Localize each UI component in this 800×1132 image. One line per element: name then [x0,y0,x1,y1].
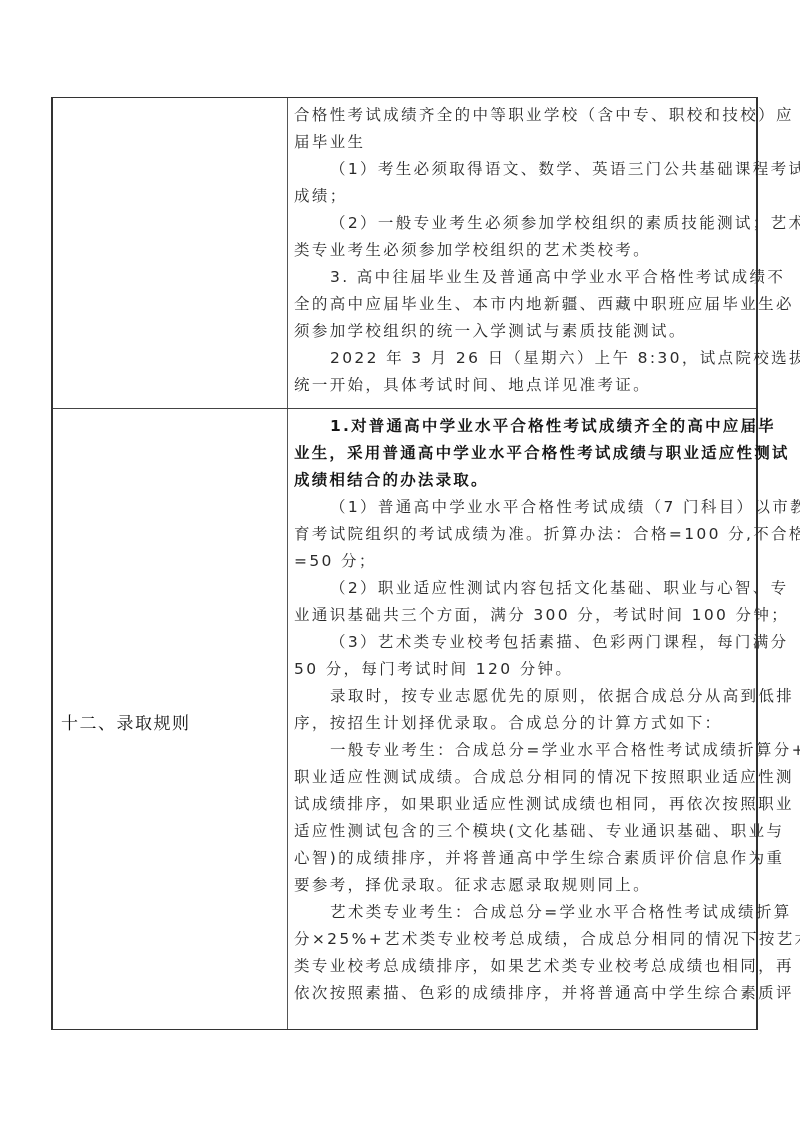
row-label-cell: 十二、录取规则 [53,409,288,1029]
paragraph-line: 全的高中应届毕业生、本市内地新疆、西藏中职班应届毕业生必 [294,291,750,318]
paragraph-line: 依次按照素描、色彩的成绩排序，并将普通高中学生综合素质评 [294,980,750,1007]
row-content-cell: 合格性考试成绩齐全的中等职业学校（含中专、职校和技校）应届毕业生（1）考生必须取… [288,98,756,408]
paragraph-line: 1.对普通高中学业水平合格性考试成绩齐全的高中应届毕 [294,413,750,440]
table-row-admission-rules: 十二、录取规则 1.对普通高中学业水平合格性考试成绩齐全的高中应届毕业生，采用普… [53,409,756,1029]
paragraph-line: 一般专业考生：合成总分=学业水平合格性考试成绩折算分+ [294,737,750,764]
row-label-cell [53,98,288,408]
paragraph-line: （3）艺术类专业校考包括素描、色彩两门课程，每门满分 [294,629,750,656]
paragraph-line: 分×25%+艺术类专业校考总成绩，合成总分相同的情况下按艺术 [294,926,750,953]
row-content-cell: 1.对普通高中学业水平合格性考试成绩齐全的高中应届毕业生，采用普通高中学业水平合… [288,409,756,1029]
paragraph-line: 成绩相结合的办法录取。 [294,467,750,494]
paragraph-line: 3. 高中往届毕业生及普通高中学业水平合格性考试成绩不 [294,264,750,291]
paragraph-line: 2022 年 3 月 26 日（星期六）上午 8:30，试点院校选拔测试 [294,345,750,372]
paragraph-line: 类专业考生必须参加学校组织的艺术类校考。 [294,237,750,264]
paragraph-line: 适应性测试包含的三个模块(文化基础、专业通识基础、职业与 [294,818,750,845]
paragraph-line: 艺术类专业考生：合成总分=学业水平合格性考试成绩折算 [294,899,750,926]
paragraph-line: =50 分； [294,548,750,575]
paragraph-line: 业通识基础共三个方面，满分 300 分，考试时间 100 分钟； [294,602,750,629]
paragraph-line: 成绩； [294,183,750,210]
admission-rules-table: 合格性考试成绩齐全的中等职业学校（含中专、职校和技校）应届毕业生（1）考生必须取… [51,97,758,1030]
paragraph-line: （2）职业适应性测试内容包括文化基础、职业与心智、专 [294,575,750,602]
paragraph-line: 序，按招生计划择优录取。合成总分的计算方式如下： [294,710,750,737]
paragraph-line: （1）普通高中学业水平合格性考试成绩（7 门科目）以市教 [294,494,750,521]
paragraph-line: 届毕业生 [294,129,750,156]
paragraph-line: 统一开始，具体考试时间、地点详见准考证。 [294,372,750,399]
paragraph-line: 类专业校考总成绩排序，如果艺术类专业校考总成绩也相同，再 [294,953,750,980]
paragraph-line: 50 分，每门考试时间 120 分钟。 [294,656,750,683]
document-page: 合格性考试成绩齐全的中等职业学校（含中专、职校和技校）应届毕业生（1）考生必须取… [0,0,800,1132]
section-title-admission-rules: 十二、录取规则 [61,709,191,734]
paragraph-line: 试成绩排序，如果职业适应性测试成绩也相同，再依次按照职业 [294,791,750,818]
paragraph-line: 育考试院组织的考试成绩为准。折算办法：合格=100 分,不合格 [294,521,750,548]
paragraph-line: （1）考生必须取得语文、数学、英语三门公共基础课程考试 [294,156,750,183]
paragraph-line: 要参考，择优录取。征求志愿录取规则同上。 [294,872,750,899]
paragraph-line: 合格性考试成绩齐全的中等职业学校（含中专、职校和技校）应 [294,102,750,129]
paragraph-line: （2）一般专业考生必须参加学校组织的素质技能测试；艺术 [294,210,750,237]
paragraph-line: 业生，采用普通高中学业水平合格性考试成绩与职业适应性测试 [294,440,750,467]
table-row-exam-requirements: 合格性考试成绩齐全的中等职业学校（含中专、职校和技校）应届毕业生（1）考生必须取… [53,98,756,409]
paragraph-line: 心智)的成绩排序，并将普通高中学生综合素质评价信息作为重 [294,845,750,872]
paragraph-line: 须参加学校组织的统一入学测试与素质技能测试。 [294,318,750,345]
paragraph-line: 录取时，按专业志愿优先的原则，依据合成总分从高到低排 [294,683,750,710]
paragraph-line: 职业适应性测试成绩。合成总分相同的情况下按照职业适应性测 [294,764,750,791]
